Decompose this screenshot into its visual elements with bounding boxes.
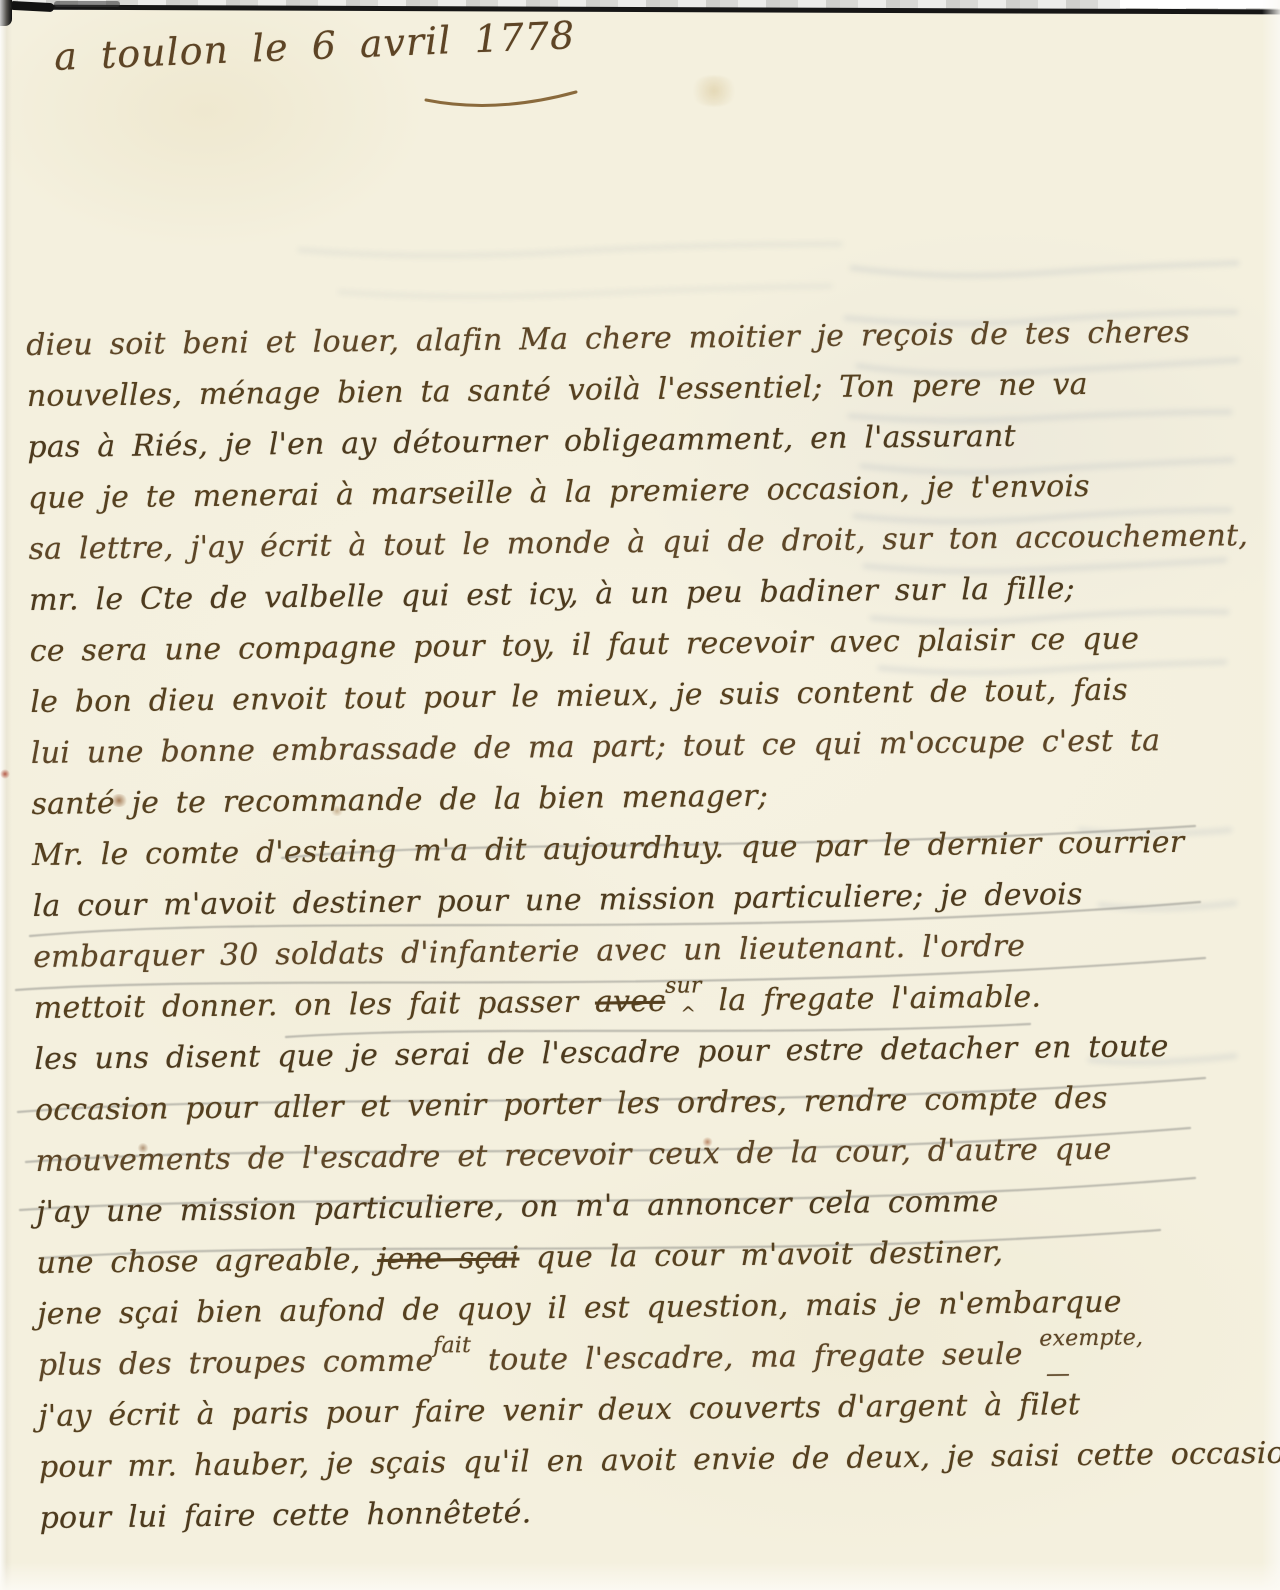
paper-edge-left: [0, 0, 12, 1590]
struck-word: avec: [595, 984, 666, 1020]
scan-corner-mark: [54, 1, 120, 7]
insertion-caret: ^: [680, 988, 696, 1039]
line-text: plus des troupes comme: [38, 1343, 434, 1382]
line-text: mettoit donner. on les fait passer: [34, 985, 596, 1026]
line-text: la fregate l'aimable.: [702, 980, 1042, 1019]
line-text: une chose agreable,: [37, 1242, 378, 1281]
insertion-dash: —: [1046, 1348, 1069, 1399]
letter-page: a toulon le 6 avril 1778 dieu soit beni …: [0, 0, 1280, 1590]
dateline: a toulon le 6 avril 1778: [53, 13, 576, 79]
letter-body: dieu soit beni et louer, alafin Ma chere…: [26, 306, 1276, 1544]
inserted-word: exempte,—: [1039, 1327, 1143, 1382]
line-text: toute l'escadre, ma fregate seule: [471, 1337, 1040, 1378]
insertion-text: fait: [433, 1333, 471, 1358]
line-text: que la cour m'avoit destiner,: [519, 1235, 1003, 1275]
inserted-word: fait: [433, 1335, 472, 1389]
scan-corner-white: [1120, 0, 1280, 8]
inserted-word: sur^: [665, 975, 702, 1029]
paper-stain: [688, 76, 740, 106]
scan-corner-mark: [10, 1, 54, 12]
struck-words: jene sçai: [377, 1240, 520, 1277]
paper-edge-bottom: [0, 1562, 1280, 1590]
dateline-flourish: [420, 86, 600, 112]
